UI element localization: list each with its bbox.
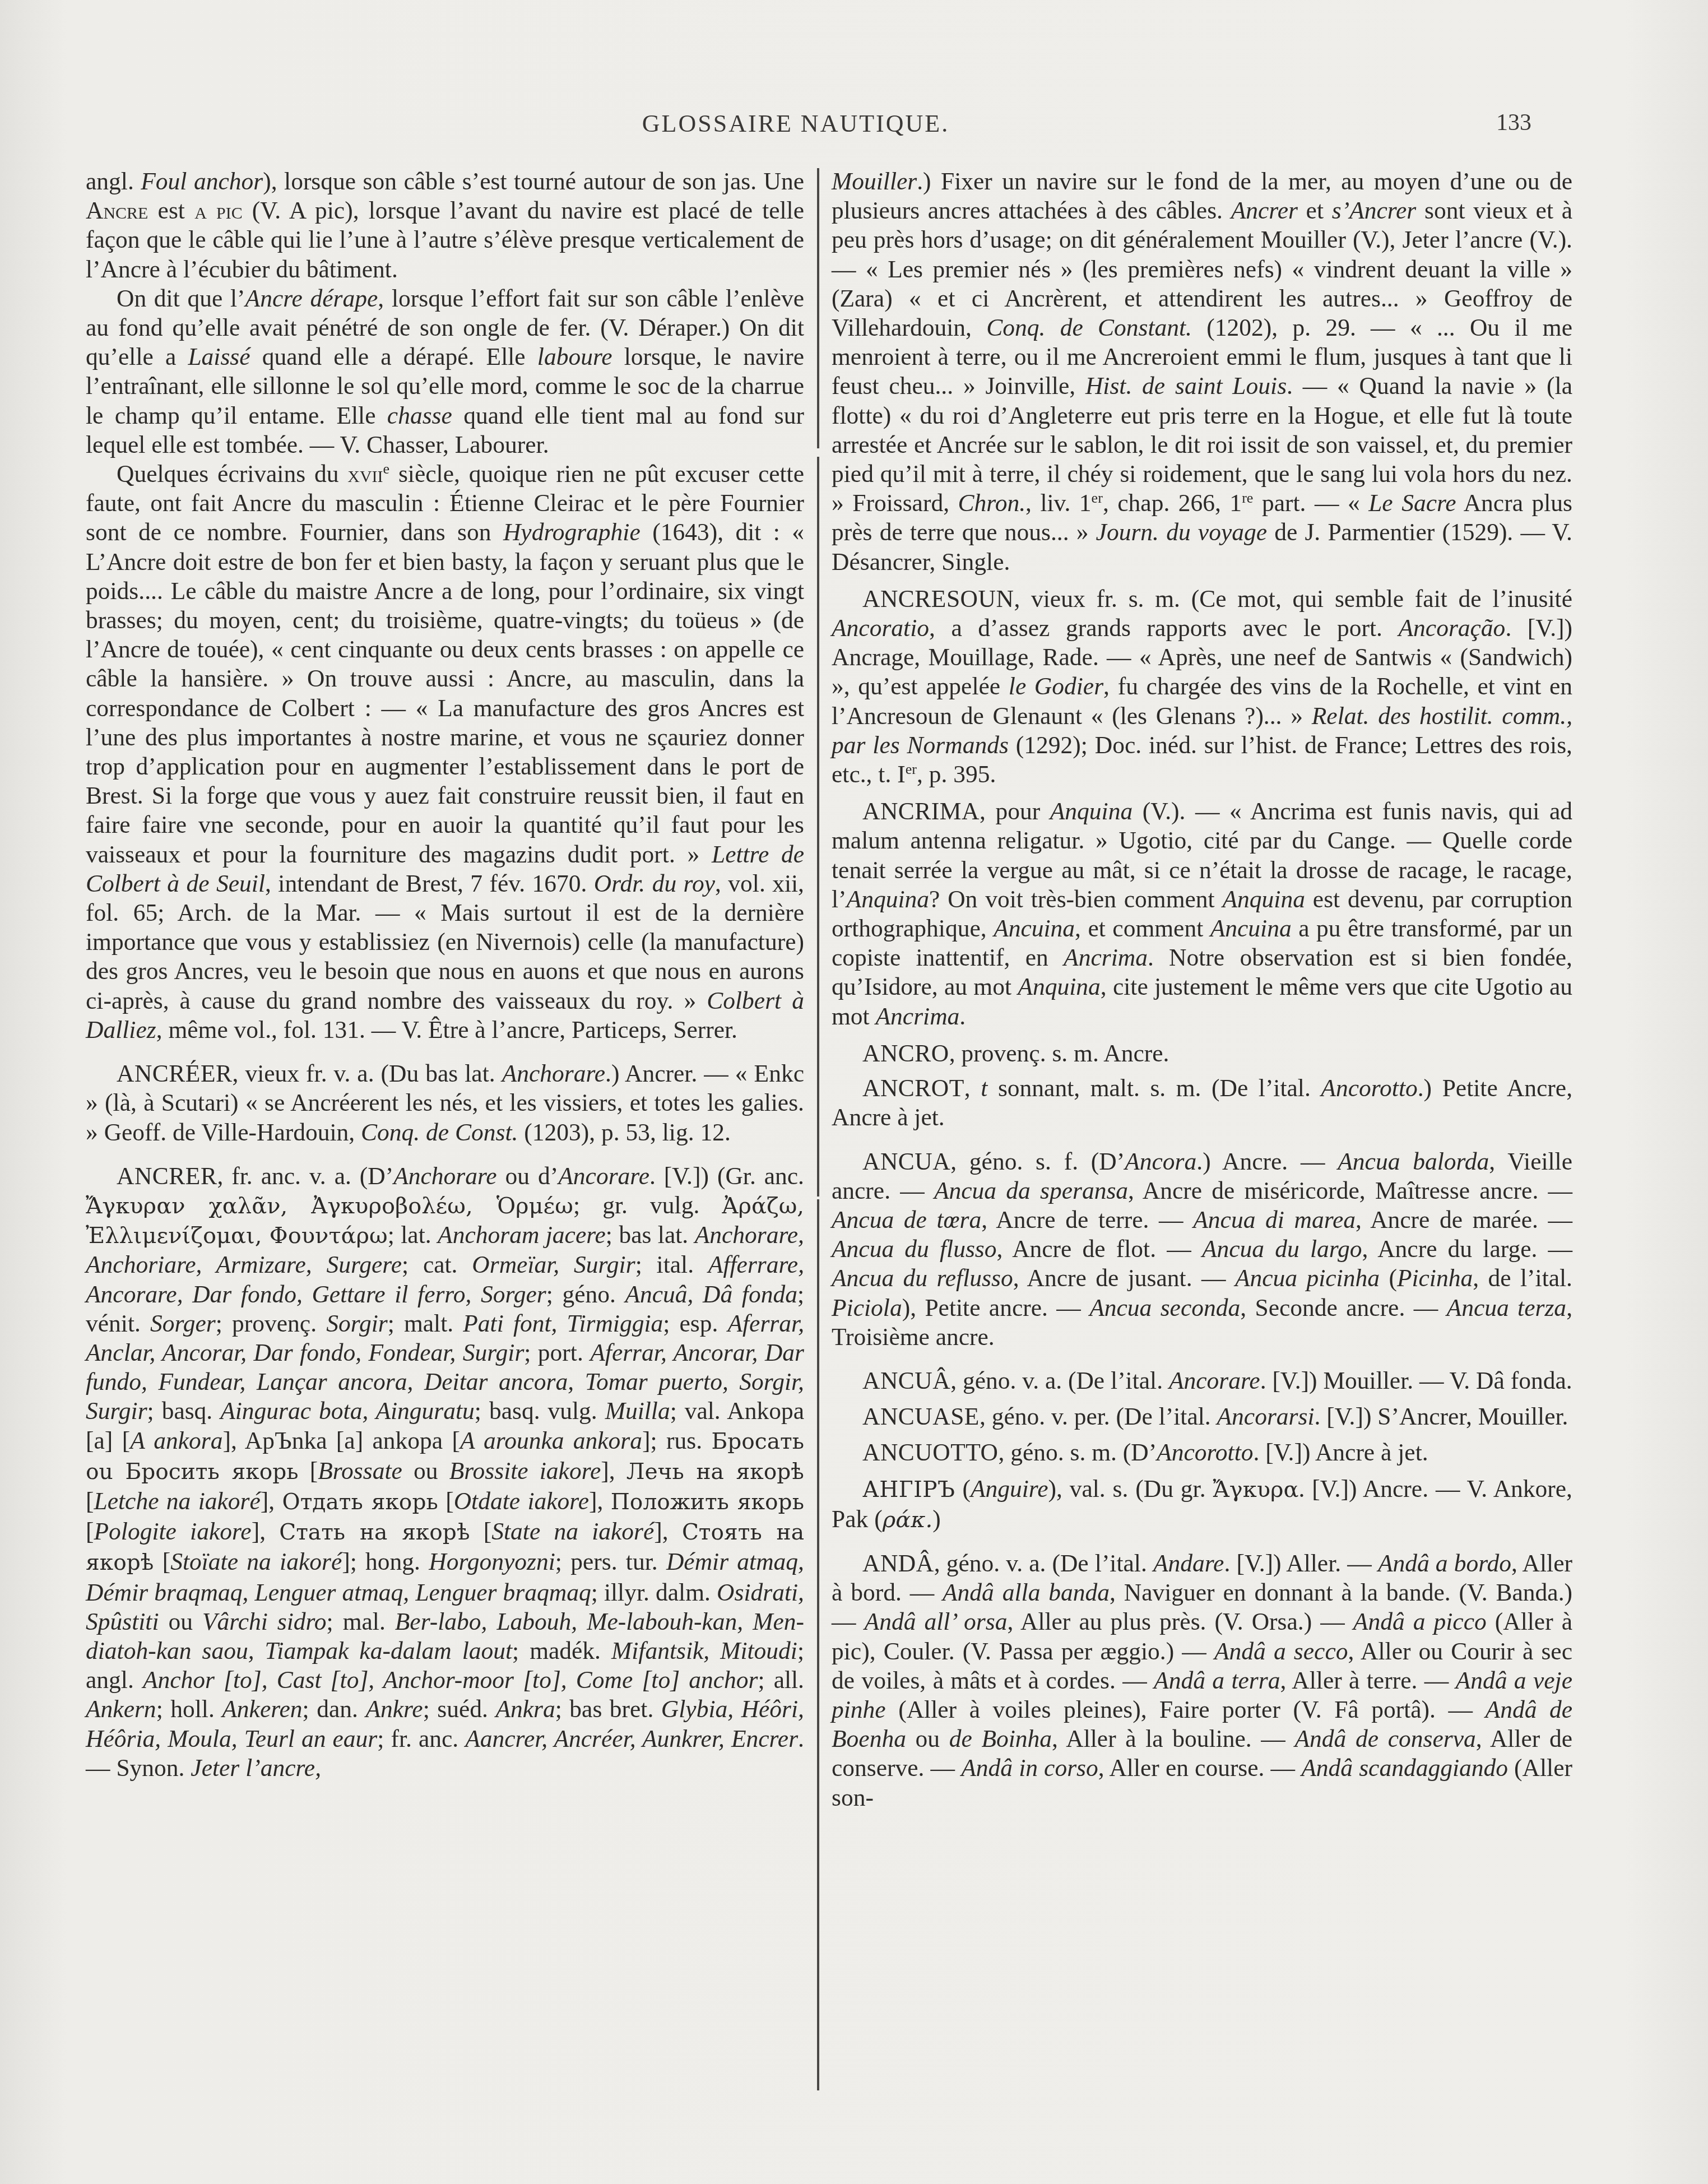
entry-ancrot: ANCROT, t sonnant, malt. s. m. (De l’ita… <box>832 1074 1572 1132</box>
column-divider <box>817 168 819 448</box>
column-divider <box>817 1199 819 2090</box>
headword: ANCUASE <box>862 1403 980 1430</box>
headword: ANCRIMA <box>862 798 980 825</box>
left-column: angl. Foul anchor), lorsque son câble s’… <box>86 167 804 1783</box>
entry-angire: АНГІРЪ (Anguire), val. s. (Du gr. Ἄγκυρα… <box>832 1474 1572 1534</box>
headword: ANCRO <box>862 1040 949 1067</box>
headword: ANCRESOUN <box>862 586 1014 613</box>
paragraph-continuation: angl. Foul anchor), lorsque son câble s’… <box>86 167 804 284</box>
column-divider <box>817 457 819 1197</box>
headword: ANDÂ <box>862 1550 934 1577</box>
entry-ancrer-continuation: Mouiller.) Fixer un navire sur le fond d… <box>832 167 1572 577</box>
right-column: Mouiller.) Fixer un navire sur le fond d… <box>832 167 1572 1812</box>
book-page: GLOSSAIRE NAUTIQUE. 133 angl. Foul ancho… <box>0 0 1708 2184</box>
entry-anda: ANDÂ, géno. v. a. (De l’ital. Andare. [V… <box>832 1549 1572 1812</box>
entry-ancresoun: ANCRESOUN, vieux fr. s. m. (Ce mot, qui … <box>832 585 1572 789</box>
headword: ANCROT <box>862 1075 964 1102</box>
entry-ancreer: ANCRÉER, vieux fr. v. a. (Du bas lat. An… <box>86 1059 804 1147</box>
headword: ANCUA <box>862 1148 950 1175</box>
paragraph-derape: On dit que l’Ancre dérape, lorsque l’eff… <box>86 284 804 460</box>
entry-ancrima: ANCRIMA, pour Anquina (V.). — « Ancrima … <box>832 797 1572 1031</box>
entry-ancuase: ANCUASE, géno. v. per. (De l’ital. Ancor… <box>832 1402 1572 1431</box>
paragraph-masculin: Quelques écrivains du xviie siècle, quoi… <box>86 460 804 1045</box>
headword: ANCRÉER <box>117 1060 233 1087</box>
headword: ANCUÂ <box>862 1367 950 1394</box>
headword: ANCRER <box>117 1163 217 1190</box>
entry-ancuotto: ANCUOTTO, géno. s. m. (D’Ancorotto. [V.]… <box>832 1438 1572 1467</box>
page-number: 133 <box>1496 109 1531 136</box>
headword: АНГІРЪ <box>862 1477 955 1503</box>
entry-ancrer: ANCRER, fr. anc. v. a. (D’Anchorare ou d… <box>86 1162 804 1783</box>
entry-ancua: ANCUA, géno. s. f. (D’Ancora.) Ancre. — … <box>832 1147 1572 1352</box>
entry-ancro: ANCRO, provenç. s. m. Ancre. <box>832 1039 1572 1068</box>
running-title: GLOSSAIRE NAUTIQUE. <box>633 109 958 138</box>
headword: ANCUOTTO <box>862 1439 998 1466</box>
entry-ancua-verb: ANCUÂ, géno. v. a. (De l’ital. Ancorare.… <box>832 1366 1572 1395</box>
